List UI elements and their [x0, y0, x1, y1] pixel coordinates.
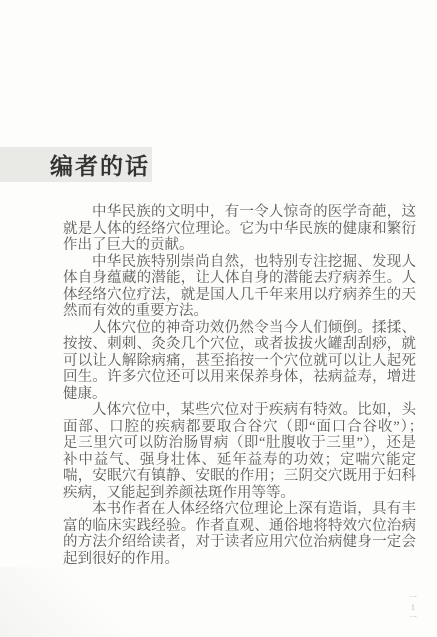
page-title: 编者的话: [50, 148, 150, 181]
book-page: 编者的话 中华民族的文明中，有一令人惊奇的医学奇葩，这就是人体的经络穴位理论。它…: [0, 0, 437, 637]
paragraph: 人体穴位中，某些穴位对于疾病有特效。比如，头面部、口腔的疾病都要取合谷穴（即“面…: [63, 402, 416, 501]
paragraph: 中华民族特别崇尚自然，也特别专注挖掘、发现人体自身蕴藏的潜能，让人体自身的潜能去…: [63, 254, 416, 320]
chapter-title-band: 编者的话: [0, 147, 152, 182]
body-text: 中华民族的文明中，有一令人惊奇的医学奇葩，这就是人体的经络穴位理论。它为中华民族…: [63, 204, 416, 567]
page-number: 一 1 一: [409, 593, 417, 623]
page-number-dash-bottom: 一: [409, 613, 417, 623]
paragraph: 中华民族的文明中，有一令人惊奇的医学奇葩，这就是人体的经络穴位理论。它为中华民族…: [63, 204, 416, 254]
paragraph: 人体穴位的神奇功效仍然令当今人们倾倒。揉揉、按按、刺刺、灸灸几个穴位，或者拔拔火…: [63, 320, 416, 403]
paragraph: 本书作者在人体经络穴位理论上深有造诣，具有丰富的临床实践经验。作者直观、通俗地将…: [63, 501, 416, 567]
page-number-value: 1: [411, 603, 415, 613]
page-number-dash-top: 一: [409, 593, 417, 603]
